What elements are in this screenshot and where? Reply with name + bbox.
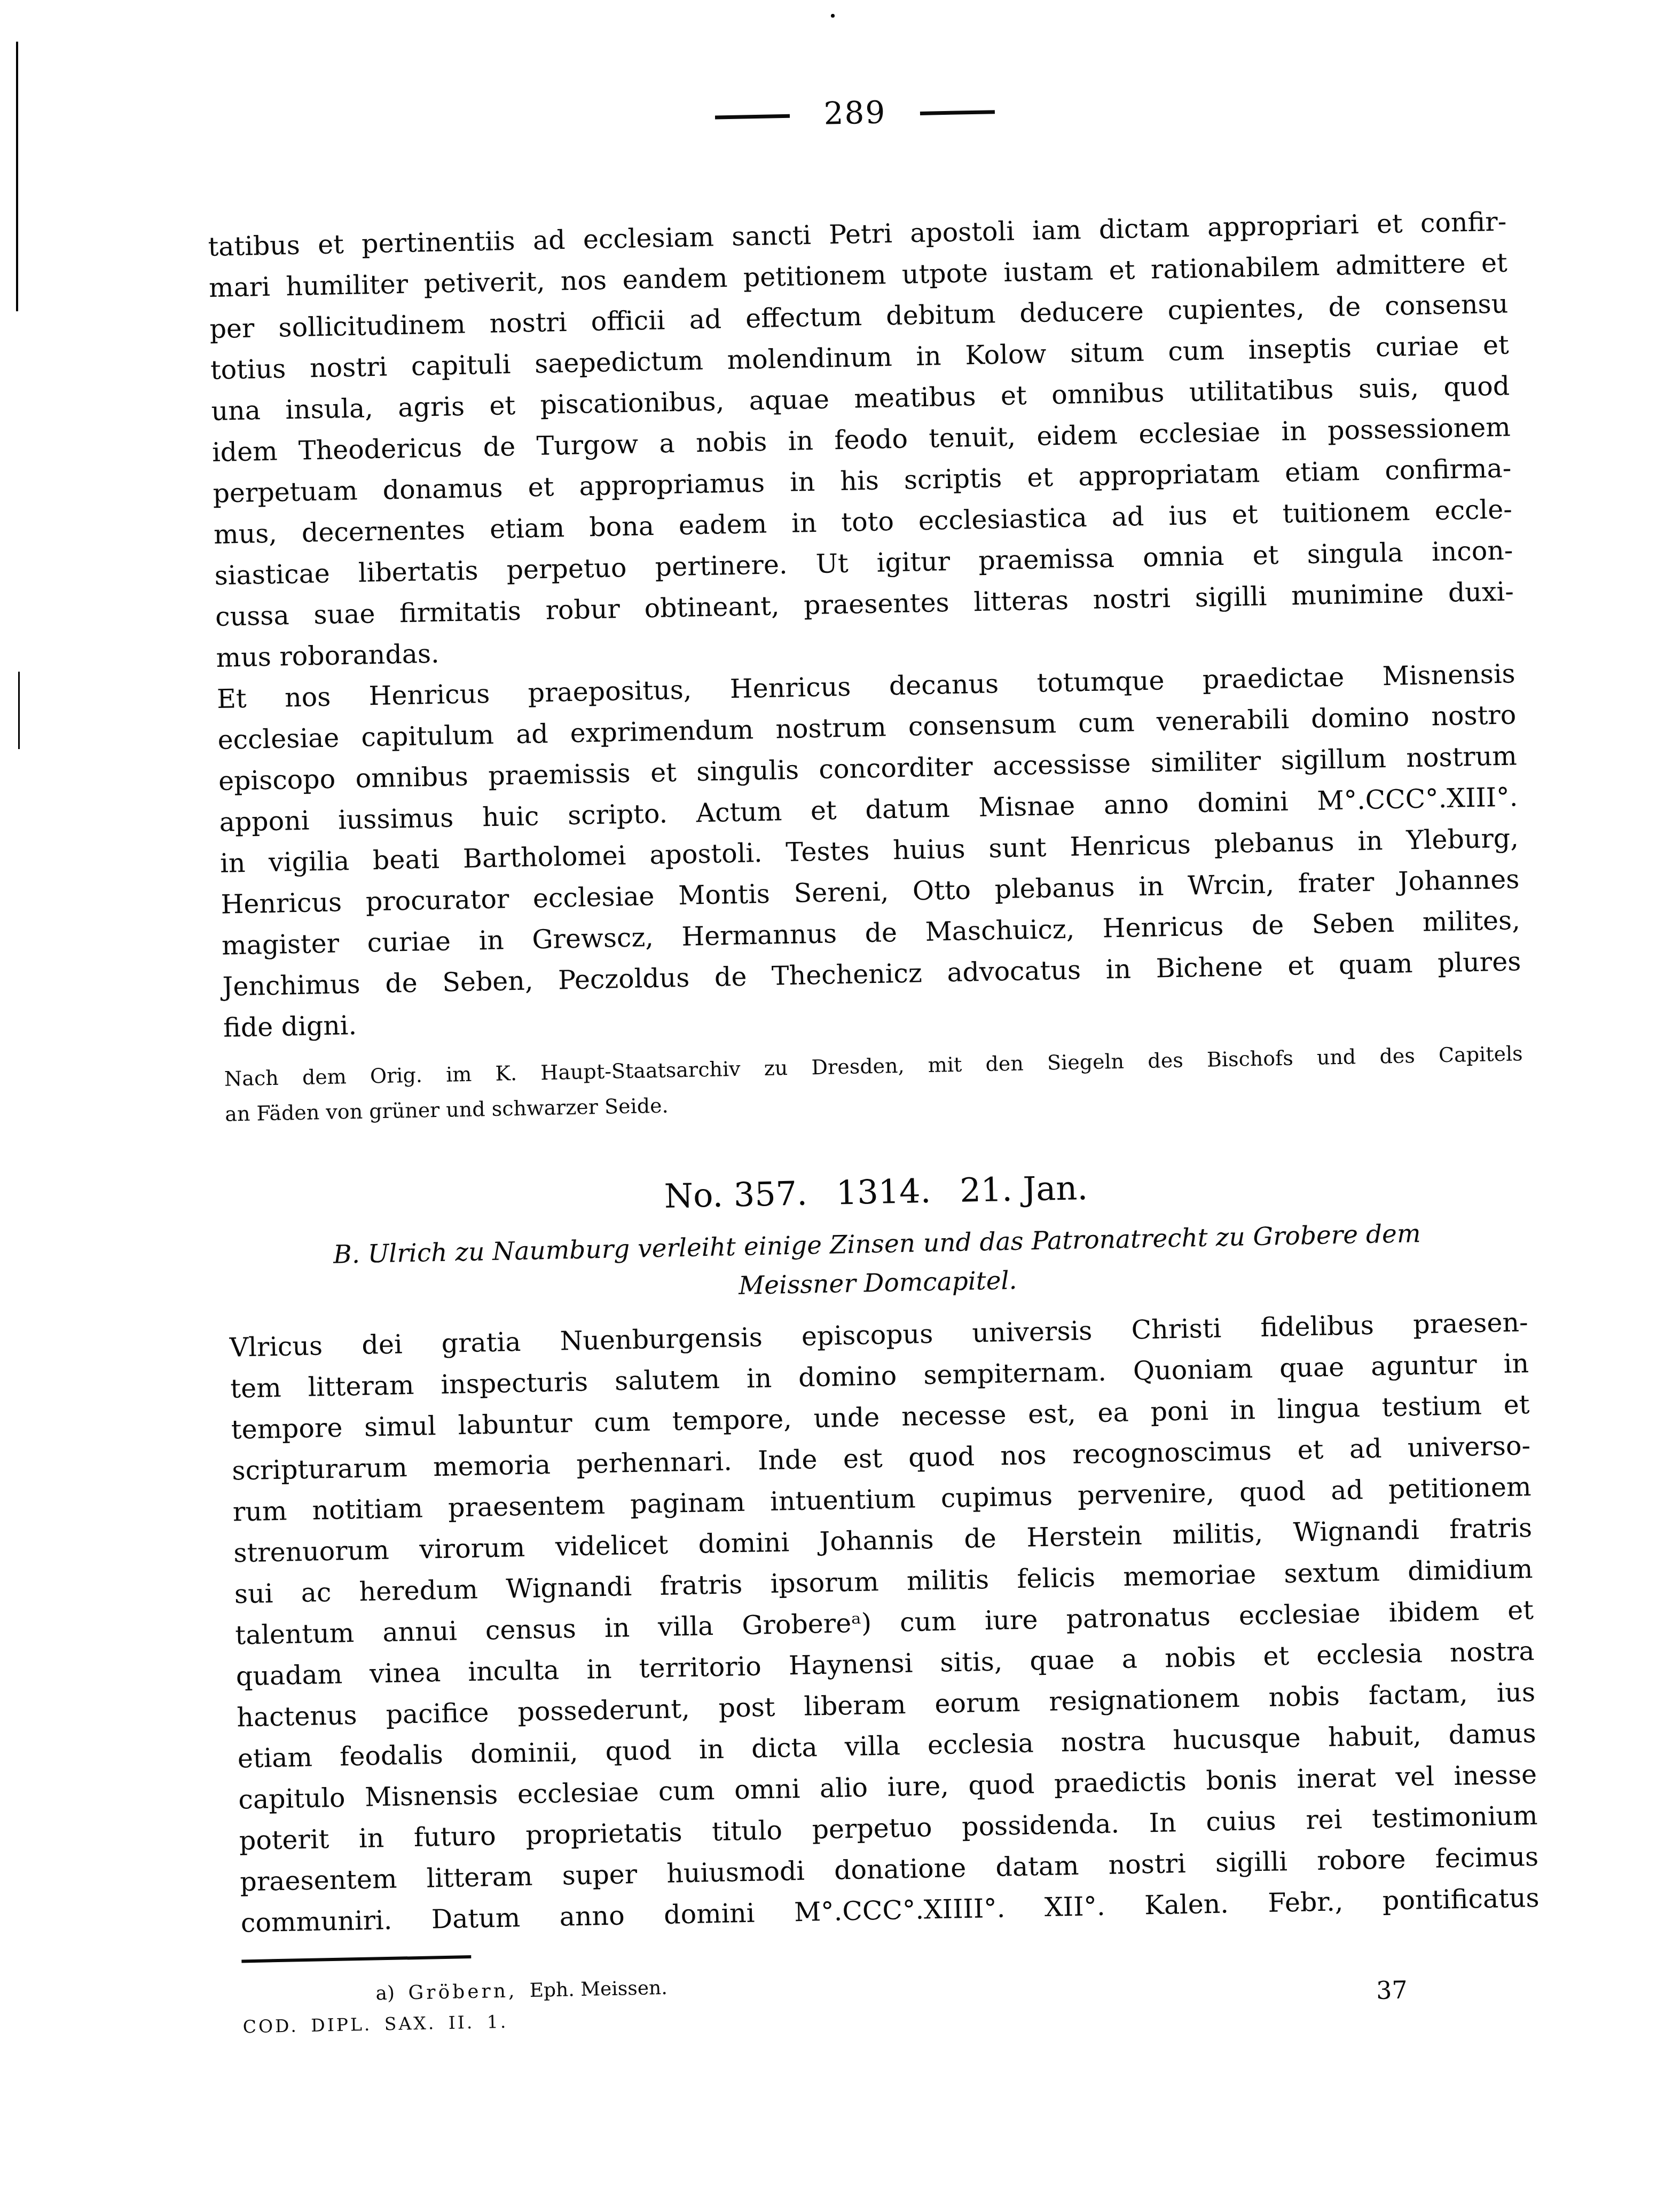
- scan-artifact: [16, 42, 18, 311]
- footnote-place: Gröbern,: [408, 1980, 517, 2004]
- scanned-page: 289 tatibus et pertinentiis ad ecclesiam…: [0, 0, 1657, 2212]
- header-rule-right: [920, 110, 995, 115]
- doc356-source-note: Nach dem Orig. im K. Haupt-Staatsarchiv …: [224, 1036, 1524, 1132]
- series-signature: COD. DIPL. SAX. II. 1.: [242, 2011, 508, 2037]
- doc357-body: Vlricus dei gratia Nuenburgensis episcop…: [229, 1302, 1540, 1943]
- doc357-regest: B. Ulrich zu Naumburg verleiht einige Zi…: [227, 1212, 1527, 1316]
- scan-artifact: [18, 672, 20, 749]
- heading-part: 21. Jan.: [959, 1166, 1088, 1213]
- heading-part: No. 357.: [664, 1171, 808, 1218]
- header-rule-left: [715, 114, 790, 119]
- doc356-paragraph-1: tatibus et pertinentiis ad ecclesiam san…: [208, 201, 1515, 679]
- footnote-text: Eph. Meissen.: [529, 1977, 667, 2002]
- page-header: 289: [203, 0, 1504, 146]
- doc356-paragraph-2: Et nos Henricus praepositus, Henricus de…: [216, 653, 1522, 1048]
- footnote-marker: a): [375, 1982, 395, 2005]
- page-content: 289 tatibus et pertinentiis ad ecclesiam…: [203, 0, 1542, 2045]
- sheet-number: 37: [1376, 1975, 1408, 2005]
- footnote-rule: [241, 1955, 471, 1963]
- heading-part: 1314.: [836, 1169, 931, 1215]
- page-number: 289: [823, 94, 886, 131]
